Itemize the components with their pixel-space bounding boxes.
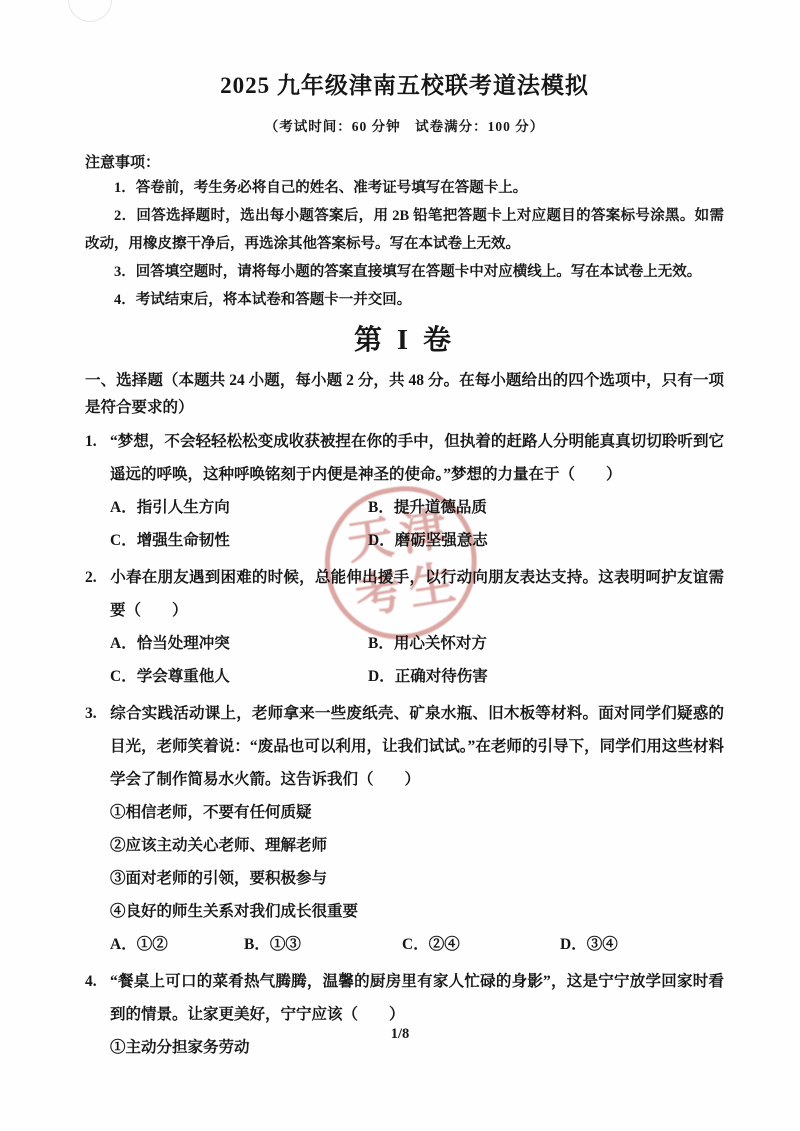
option-label: D．: [560, 936, 587, 953]
option-b: B．用心关怀对方: [368, 627, 724, 660]
notice-heading: 注意事项：: [85, 152, 724, 174]
option-grid: A．恰当处理冲突 B．用心关怀对方 C．学会尊重他人 D．正确对待伤害: [85, 627, 724, 693]
option-label: C．: [402, 936, 429, 953]
question-number: 4.: [85, 965, 110, 998]
option-label: D．: [368, 668, 395, 685]
exam-title: 2025 九年级津南五校联考道法模拟: [85, 0, 724, 102]
notice-item-2: 2．回答选择题时，选出每小题答案后，用 2B 铅笔把答题卡上对应题目的答案标号涂…: [85, 202, 724, 258]
question-stem: 4.“餐桌上可口的菜肴热气腾腾，温馨的厨房里有家人忙碌的身影”，这是宁宁放学回家…: [85, 965, 724, 1031]
option-label: A．: [110, 936, 137, 953]
notice-item-1: 1．答卷前，考生务必将自己的姓名、准考证号填写在答题卡上。: [85, 174, 724, 202]
question-stem: 1.“梦想，不会轻轻松松变成收获被捏在你的手中，但执着的赶路人分明能真真切切聆听…: [85, 425, 724, 491]
option-text: 增强生命韧性: [137, 532, 230, 549]
part-heading: 第 I 卷: [85, 322, 724, 360]
option-text: ②④: [429, 936, 460, 953]
option-label: B．: [368, 635, 394, 652]
option-label: A．: [110, 499, 137, 516]
option-label: C．: [110, 668, 137, 685]
option-text: ③④: [587, 936, 618, 953]
question-3: 3.综合实践活动课上，老师拿来一些废纸壳、矿泉水瓶、旧木板等材料。面对同学们疑惑…: [85, 697, 724, 961]
exam-info: （考试时间：60 分钟 试卷满分：100 分）: [85, 115, 724, 135]
statement-4: ④良好的师生关系对我们成长很重要: [85, 895, 724, 928]
question-text: 小春在朋友遇到困难的时候，总能伸出援手，以行动向朋友表达支持。这表明呵护友谊需要…: [110, 569, 724, 619]
option-a: A．指引人生方向: [110, 491, 368, 524]
question-stem: 3.综合实践活动课上，老师拿来一些废纸壳、矿泉水瓶、旧木板等材料。面对同学们疑惑…: [85, 697, 724, 796]
section-heading: 一、选择题（本题共 24 小题，每小题 2 分，共 48 分。在每小题给出的四个…: [85, 367, 724, 421]
question-stem: 2.小春在朋友遇到困难的时候，总能伸出援手，以行动向朋友表达支持。这表明呵护友谊…: [85, 561, 724, 627]
question-2: 2.小春在朋友遇到困难的时候，总能伸出援手，以行动向朋友表达支持。这表明呵护友谊…: [85, 561, 724, 693]
option-d: D．正确对待伤害: [368, 660, 724, 693]
option-text: 正确对待伤害: [395, 668, 488, 685]
statement-2: ②应该主动关心老师、理解老师: [85, 829, 724, 862]
exam-paper-page: 2025 九年级津南五校联考道法模拟 （考试时间：60 分钟 试卷满分：100 …: [0, 0, 800, 1131]
option-text: 指引人生方向: [137, 499, 230, 516]
notice-item-3: 3．回答填空题时，请将每小题的答案直接填写在答题卡中对应横线上。写在本试卷上无效…: [85, 258, 724, 286]
option-row: A．①② B．①③ C．②④ D．③④: [85, 928, 724, 961]
option-text: 学会尊重他人: [137, 668, 230, 685]
question-text: 综合实践活动课上，老师拿来一些废纸壳、矿泉水瓶、旧木板等材料。面对同学们疑惑的目…: [110, 705, 724, 788]
option-b: B．①③: [244, 928, 402, 961]
question-text: “餐桌上可口的菜肴热气腾腾，温馨的厨房里有家人忙碌的身影”，这是宁宁放学回家时看…: [110, 973, 724, 1023]
option-text: 恰当处理冲突: [137, 635, 230, 652]
option-text: ①③: [270, 936, 301, 953]
question-number: 1.: [85, 425, 110, 458]
question-4: 4.“餐桌上可口的菜肴热气腾腾，温馨的厨房里有家人忙碌的身影”，这是宁宁放学回家…: [85, 965, 724, 1064]
option-label: B．: [368, 499, 394, 516]
option-c: C．增强生命韧性: [110, 524, 368, 557]
option-grid: A．指引人生方向 B．提升道德品质 C．增强生命韧性 D．磨砺坚强意志: [85, 491, 724, 557]
option-d: D．③④: [560, 928, 724, 961]
option-label: D．: [368, 532, 395, 549]
option-c: C．学会尊重他人: [110, 660, 368, 693]
option-a: A．①②: [110, 928, 244, 961]
option-label: B．: [244, 936, 270, 953]
option-d: D．磨砺坚强意志: [368, 524, 724, 557]
option-text: ①②: [137, 936, 168, 953]
option-text: 磨砺坚强意志: [395, 532, 488, 549]
question-1: 1.“梦想，不会轻轻松松变成收获被捏在你的手中，但执着的赶路人分明能真真切切聆听…: [85, 425, 724, 557]
option-label: C．: [110, 532, 137, 549]
statement-3: ③面对老师的引领，要积极参与: [85, 862, 724, 895]
option-b: B．提升道德品质: [368, 491, 724, 524]
question-text: “梦想，不会轻轻松松变成收获被捏在你的手中，但执着的赶路人分明能真真切切聆听到它…: [110, 433, 724, 483]
question-number: 3.: [85, 697, 110, 730]
option-label: A．: [110, 635, 137, 652]
statement-1: ①相信老师，不要有任何质疑: [85, 796, 724, 829]
notice-item-4: 4．考试结束后，将本试卷和答题卡一并交回。: [85, 286, 724, 314]
option-c: C．②④: [402, 928, 560, 961]
page-number: 1/8: [0, 1026, 800, 1043]
question-number: 2.: [85, 561, 110, 594]
option-text: 提升道德品质: [394, 499, 487, 516]
option-a: A．恰当处理冲突: [110, 627, 368, 660]
option-text: 用心关怀对方: [394, 635, 487, 652]
